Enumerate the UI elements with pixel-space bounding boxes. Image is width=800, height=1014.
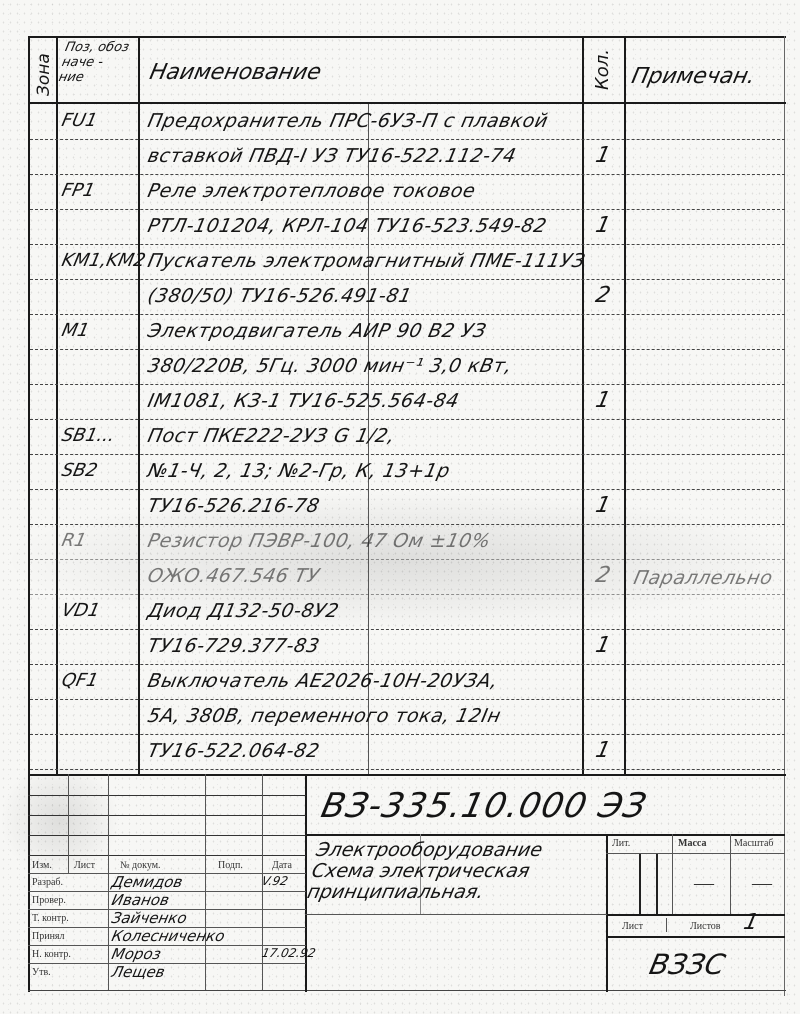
row-rule [30, 559, 785, 560]
rev-header-sign: Подп. [218, 860, 243, 871]
row-name: IM1081, КЗ-1 ТУ16-525.564-84 [146, 390, 462, 412]
approval-name: Колесниченко [110, 927, 226, 945]
title-block-top-rule [28, 774, 786, 776]
approval-role: Разраб. [32, 877, 63, 888]
code-row-bottom [305, 834, 785, 836]
row-name: вставкой ПВД-I УЗ ТУ16-522.112-74 [146, 145, 519, 167]
row-rule [30, 489, 785, 490]
rev-header-date: Дата [272, 860, 292, 871]
header-zone: Зона [34, 53, 54, 96]
sheet-divider [666, 918, 667, 932]
row-name: ОЖО.467.546 ТУ [146, 565, 322, 587]
sheets-label: Листов [690, 921, 721, 932]
row-name: Резистор ПЭВР-100, 47 Ом ±10% [146, 530, 493, 552]
lit-cell-divider [656, 854, 658, 914]
row-rule [30, 524, 785, 525]
row-quantity: 2 [593, 283, 612, 308]
row-quantity: 1 [593, 493, 612, 518]
approval-date: 17.02.92 [261, 946, 317, 960]
row-name: (380/50) ТУ16-526.491-81 [146, 285, 414, 307]
lit-label: Лит. [612, 838, 630, 849]
row-rule [30, 629, 785, 630]
title-bottom-rule [305, 914, 607, 915]
rev-row-rule [28, 795, 306, 796]
header-position-line: ние [57, 70, 124, 85]
row-rule [30, 419, 785, 420]
rev-row-rule [28, 815, 306, 816]
row-quantity: 1 [593, 388, 612, 413]
row-position: SB2 [60, 460, 100, 481]
row-quantity: 1 [593, 143, 612, 168]
approval-name: Мороз [110, 945, 163, 963]
approval-date: V.92 [261, 874, 290, 888]
table-border-top [28, 36, 786, 38]
approval-role: Провер. [32, 895, 66, 906]
row-name: Диод Д132-50-8У2 [146, 600, 341, 622]
rev-col-rule [108, 774, 109, 990]
header-bottom-rule [28, 102, 786, 104]
row-position: M1 [60, 320, 91, 341]
row-position: QF1 [60, 670, 100, 691]
approval-role: Т. контр. [32, 913, 69, 924]
scale-divider [730, 834, 731, 914]
mass-value: — [694, 872, 714, 895]
mass-divider [672, 834, 673, 914]
row-position: R1 [60, 530, 88, 551]
document-code: ВЗ-335.10.000 ЭЗ [318, 786, 651, 826]
row-rule [30, 139, 785, 140]
header-note: Примечан. [629, 64, 757, 89]
document-title-line: Электрооборудование [314, 840, 544, 861]
row-name: Выключатель АЕ2026-10Н-20УЗА, [146, 670, 500, 692]
scale-label: Масштаб [734, 838, 774, 849]
header-name: Наименование [147, 60, 323, 85]
row-position: FU1 [60, 110, 99, 131]
approval-name: Лещев [110, 963, 167, 981]
row-name: 5А, 380В, переменного тока, 12Iн [146, 705, 503, 727]
scan-smudge [0, 760, 120, 880]
table-border-right [784, 36, 785, 996]
sheet-row-bottom [606, 936, 785, 938]
row-quantity: 1 [593, 213, 612, 238]
row-rule [30, 244, 785, 245]
rev-header-sheet: Лист [74, 860, 95, 871]
row-rule [30, 349, 785, 350]
row-rule [30, 174, 785, 175]
rev-row-rule [28, 855, 306, 856]
rev-col-rule [68, 774, 69, 874]
row-rule [30, 279, 785, 280]
row-quantity: 1 [593, 738, 612, 763]
rev-row-rule [28, 963, 306, 964]
row-rule [30, 699, 785, 700]
rev-col-rule [205, 774, 206, 990]
approval-role: Принял [32, 931, 65, 942]
scan-smudge [0, 490, 800, 630]
organization-code: ВЗЗС [646, 948, 728, 981]
document-title-line: принципиальная. [305, 882, 535, 903]
approval-name: Иванов [110, 891, 171, 909]
lit-divider [606, 834, 608, 992]
header-quantity: Кол. [592, 49, 613, 90]
rev-row-rule [28, 835, 306, 836]
lit-header-rule [606, 853, 785, 854]
row-position: VD1 [60, 600, 102, 621]
row-quantity: 2 [593, 563, 612, 588]
row-rule [30, 664, 785, 665]
rev-header-docnum: № докум. [120, 860, 161, 871]
sheet-label: Лист [622, 921, 643, 932]
row-name: Пост ПКЕ222-2УЗ G 1/2, [146, 425, 397, 447]
row-note: Параллельно [632, 567, 775, 589]
table-border-left [28, 36, 30, 852]
row-name: Электродвигатель АИР 90 В2 УЗ [146, 320, 489, 342]
row-position: KM1,KM2 [60, 250, 148, 271]
approval-name: Зайченко [110, 909, 189, 927]
approval-role: Утв. [32, 967, 51, 978]
mass-label: Масса [678, 838, 706, 849]
row-position: SB1... [60, 425, 117, 446]
title-block-bottom [28, 990, 786, 991]
document-title: Электрооборудование Схема электрическая … [305, 840, 544, 903]
row-rule [30, 209, 785, 210]
row-name: ТУ16-522.064-82 [146, 740, 322, 762]
row-name: РТЛ-101204, КРЛ-104 ТУ16-523.549-82 [146, 215, 549, 237]
row-name: ТУ16-729.377-83 [146, 635, 322, 657]
header-position-line: Поз, обоз [64, 40, 131, 55]
title-block-left [28, 774, 30, 992]
approval-role: Н. контр. [32, 949, 71, 960]
row-rule [30, 769, 785, 770]
row-rule [30, 384, 785, 385]
scale-value: — [752, 872, 772, 895]
rev-header-change: Изм. [32, 860, 52, 871]
row-name: 380/220В, 5Гц. 3000 мин⁻¹ 3,0 кВт, [146, 355, 514, 377]
row-quantity: 1 [593, 633, 612, 658]
lit-cell-divider [639, 854, 641, 914]
row-rule [30, 314, 785, 315]
row-rule [30, 594, 785, 595]
document-title-line: Схема электрическая [310, 861, 540, 882]
row-name: Пускатель электромагнитный ПМЕ-111УЗ [146, 250, 588, 272]
row-rule [30, 454, 785, 455]
row-name: Реле электротепловое токовое [146, 180, 478, 202]
row-name: Предохранитель ПРС-6УЗ-П с плавкой [146, 110, 551, 132]
row-name: №1-Ч, 2, 13; №2-Гр, К, 13+1р [146, 460, 453, 482]
header-position: Поз, обоз наче - ние [57, 40, 130, 85]
approval-name: Демидов [110, 873, 184, 891]
row-position: FP1 [60, 180, 97, 201]
row-rule [30, 734, 785, 735]
row-name: ТУ16-526.216-78 [146, 495, 322, 517]
header-position-line: наче - [60, 55, 127, 70]
